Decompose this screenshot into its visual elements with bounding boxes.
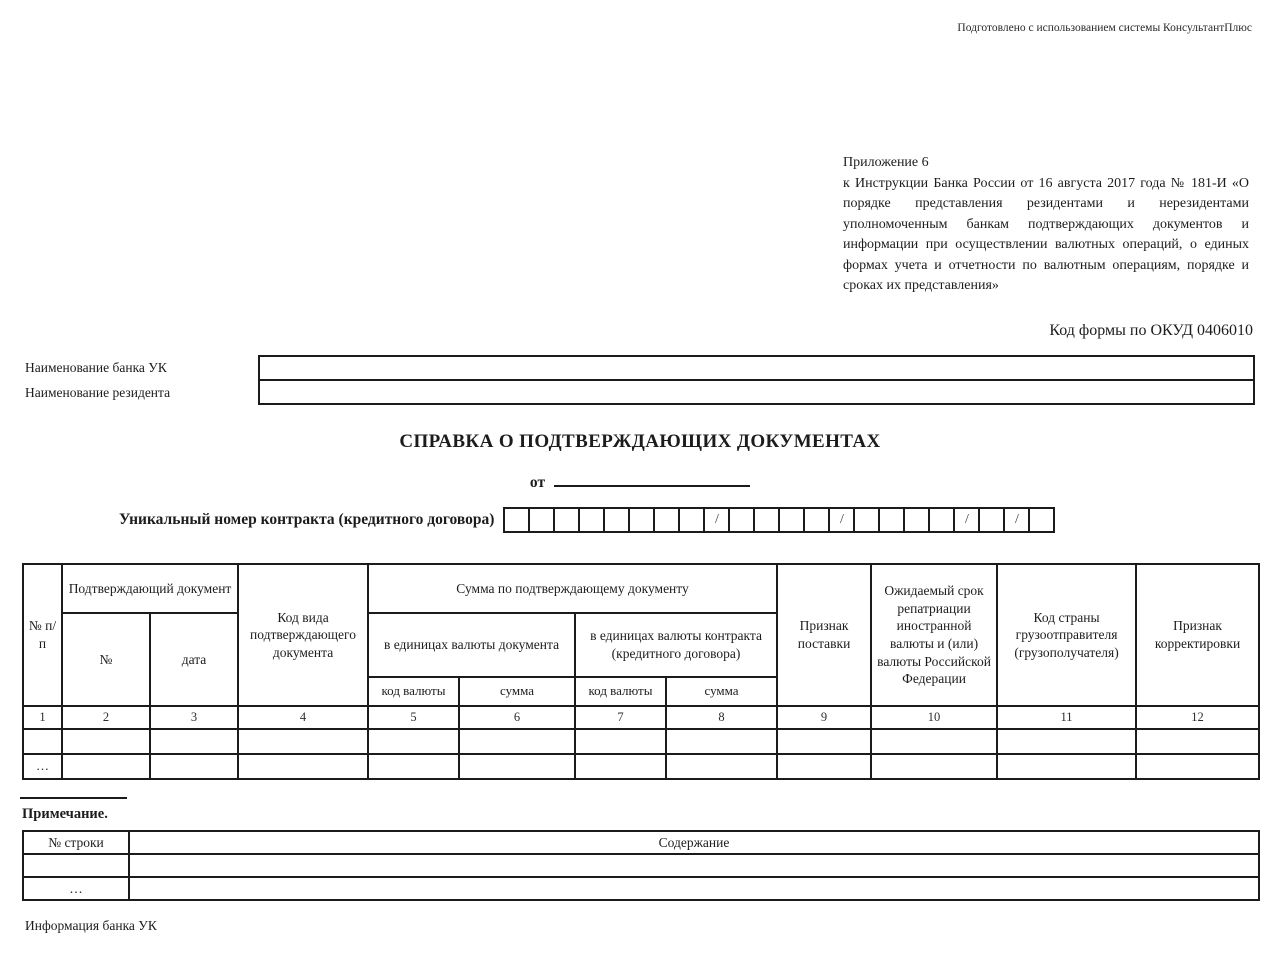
table-cell[interactable] [459,754,575,779]
table-cell[interactable] [1136,729,1259,754]
contract-number-separator: / [953,507,980,533]
note-cell-line-no[interactable] [23,854,129,877]
column-number: 7 [575,706,666,729]
table-cell[interactable] [150,729,238,754]
resident-name-label: Наименование резидента [25,385,170,401]
table-cell[interactable] [459,729,575,754]
note-cell-content[interactable] [129,877,1259,900]
column-number: 6 [459,706,575,729]
col-header-confirming-doc: Подтверждающий документ [62,564,238,613]
col-header-doc-type-code: Код вида подтверждающего документа [238,564,368,706]
table-cell[interactable] [871,754,997,779]
contract-number-cell[interactable] [853,507,880,533]
footnote-rule [20,797,127,799]
contract-number-cell[interactable] [878,507,905,533]
contract-number-cell[interactable] [603,507,630,533]
col-header-repatriation: Ожидаемый срок репатриации иностранной в… [871,564,997,706]
contract-number-cell[interactable] [778,507,805,533]
table-cell[interactable] [777,729,871,754]
contract-number-cell[interactable] [903,507,930,533]
col-header-sum-group: Сумма по подтверждающему документу [368,564,777,613]
contract-number-row: Уникальный номер контракта (кредитного д… [119,507,1055,533]
table-cell[interactable] [997,729,1136,754]
column-number: 4 [238,706,368,729]
table-row-ellipsis: … [23,754,1259,779]
contract-number-cell[interactable] [653,507,680,533]
table-cell[interactable] [62,729,150,754]
contract-number-separator: / [703,507,730,533]
table-cell[interactable] [238,754,368,779]
document-title: СПРАВКА О ПОДТВЕРЖДАЮЩИХ ДОКУМЕНТАХ [0,431,1280,453]
contract-number-cell[interactable] [1028,507,1055,533]
contract-number-separator: / [1003,507,1030,533]
contract-number-cell[interactable] [528,507,555,533]
table-cell[interactable] [368,754,459,779]
bank-name-input[interactable] [258,355,1255,381]
column-numbers-row: 1 2 3 4 5 6 7 8 9 10 11 12 [23,706,1259,729]
col-header-currency-code: код валюты [575,677,666,706]
column-number: 2 [62,706,150,729]
appendix-text: к Инструкции Банка России от 16 августа … [843,174,1249,297]
col-header-in-contract-currency: в единицах валюты контракта (кредитного … [575,613,777,677]
table-cell[interactable] [23,729,62,754]
table-cell[interactable] [1136,754,1259,779]
table-cell: … [23,754,62,779]
bank-info-label: Информация банка УК [25,918,157,934]
table-row [23,729,1259,754]
name-boxes [258,355,1255,405]
col-header-doc-no: № [62,613,150,706]
note-cell-line-no: … [23,877,129,900]
column-number: 1 [23,706,62,729]
col-header-delivery-sign: Признак поставки [777,564,871,706]
note-cell-content[interactable] [129,854,1259,877]
note-col-line-no: № строки [23,831,129,854]
table-cell[interactable] [575,729,666,754]
note-header-row: № строки Содержание [23,831,1259,854]
contract-number-cells: / / / / [503,507,1055,533]
column-number: 11 [997,706,1136,729]
okud-code-line: Код формы по ОКУД 0406010 [1049,322,1253,340]
contract-number-cell[interactable] [553,507,580,533]
contract-number-cell[interactable] [978,507,1005,533]
column-number: 8 [666,706,777,729]
bank-name-label: Наименование банка УК [25,360,167,376]
contract-number-cell[interactable] [728,507,755,533]
contract-number-cell[interactable] [928,507,955,533]
contract-number-cell[interactable] [678,507,705,533]
col-header-num-pp: № п/п [23,564,62,706]
col-header-sum: сумма [666,677,777,706]
column-number: 10 [871,706,997,729]
col-header-doc-date: дата [150,613,238,706]
col-header-sum: сумма [459,677,575,706]
column-number: 9 [777,706,871,729]
contract-number-cell[interactable] [803,507,830,533]
date-line: от [0,472,1280,492]
contract-number-separator: / [828,507,855,533]
column-number: 12 [1136,706,1259,729]
col-header-country-code: Код страны грузоотправителя (грузополуча… [997,564,1136,706]
contract-number-cell[interactable] [753,507,780,533]
column-number: 3 [150,706,238,729]
note-col-content: Содержание [129,831,1259,854]
note-label: Примечание. [22,806,108,823]
table-cell[interactable] [62,754,150,779]
contract-number-cell[interactable] [503,507,530,533]
col-header-currency-code: код валюты [368,677,459,706]
note-table: № строки Содержание … [22,830,1260,901]
table-cell[interactable] [368,729,459,754]
date-input-line[interactable] [554,472,750,487]
date-from-label: от [530,474,545,491]
table-cell[interactable] [777,754,871,779]
note-row [23,854,1259,877]
table-cell[interactable] [575,754,666,779]
table-cell[interactable] [150,754,238,779]
col-header-in-doc-currency: в единицах валюты документа [368,613,575,677]
contract-number-cell[interactable] [628,507,655,533]
table-cell[interactable] [238,729,368,754]
table-cell[interactable] [871,729,997,754]
consultantplus-note: Подготовлено с использованием системы Ко… [957,22,1252,34]
appendix-number: Приложение 6 [843,153,1249,174]
note-row-ellipsis: … [23,877,1259,900]
table-cell[interactable] [666,729,777,754]
column-number: 5 [368,706,459,729]
contract-number-label: Уникальный номер контракта (кредитного д… [119,511,494,529]
col-header-correction-sign: Признак корректировки [1136,564,1259,706]
resident-name-input[interactable] [258,379,1255,405]
documents-table: № п/п Подтверждающий документ Код вида п… [22,563,1260,780]
contract-number-cell[interactable] [578,507,605,533]
table-cell[interactable] [997,754,1136,779]
appendix-block: Приложение 6 к Инструкции Банка России о… [843,153,1249,297]
document-page: Подготовлено с использованием системы Ко… [0,0,1280,959]
table-cell[interactable] [666,754,777,779]
